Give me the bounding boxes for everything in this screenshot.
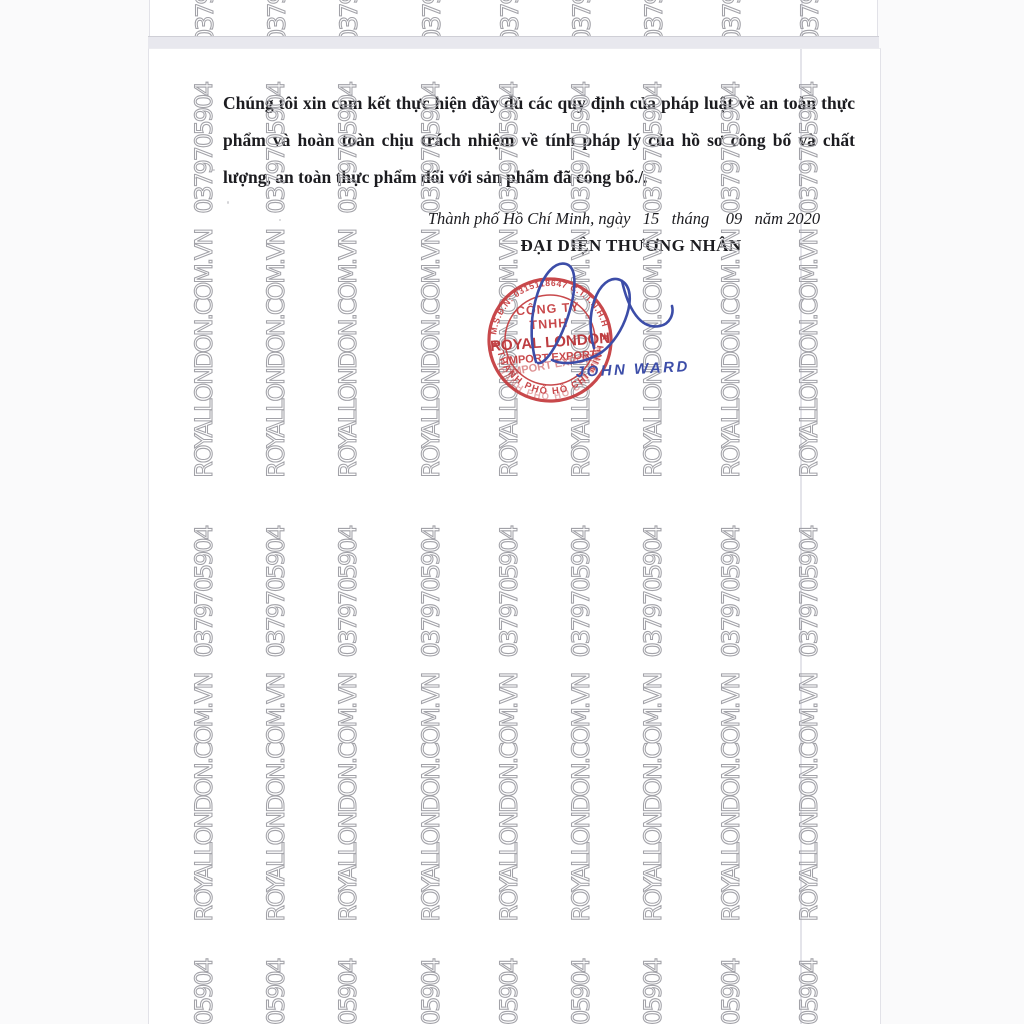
paragraph-line: phẩm và hoàn toàn chịu trách nhiệm về tí… xyxy=(223,122,855,159)
signature: JOHN WARD xyxy=(514,244,734,399)
watermark-strip-column: 0379705904 xyxy=(336,0,362,36)
signature-name: JOHN WARD xyxy=(575,358,690,381)
commitment-paragraph: Chúng tôi xin cam kết thực hiện đầy đủ c… xyxy=(223,85,855,196)
scan-speck xyxy=(194,177,196,179)
paragraph-line: lượng, an toàn thực phẩm đối với sản phẩ… xyxy=(223,159,855,196)
watermark-column: 05904 ROYALLONDON.COM.VN 0379705904 ROYA… xyxy=(191,48,217,1024)
date-line: Thành phố Hồ Chí Minh, ngày 15 tháng 09 … xyxy=(409,209,839,229)
scan-speck xyxy=(227,201,229,204)
paragraph-line: Chúng tôi xin cam kết thực hiện đầy đủ c… xyxy=(223,85,855,122)
document-page: 05904 ROYALLONDON.COM.VN 0379705904 ROYA… xyxy=(148,48,881,1024)
watermark-strip-column: 0379705904 xyxy=(419,0,445,36)
signature-strokes-icon: JOHN WARD xyxy=(514,244,734,399)
scanned-document: { "document": { "paragraph_lines": [ "Ch… xyxy=(0,0,1024,1024)
watermark-strip-column: 0379705904 xyxy=(192,0,218,36)
scan-artifact-line xyxy=(801,0,803,36)
watermark-strip-column: 0379705904 xyxy=(569,0,595,36)
watermark-strip-column: 0379705904 xyxy=(264,0,290,36)
watermark-strip-column: 0379705904 xyxy=(497,0,523,36)
scan-speck xyxy=(212,169,215,171)
scan-speck xyxy=(279,219,281,221)
watermark-strip-column: 0379705904 xyxy=(719,0,745,36)
previous-page-strip: 0379705904 0379705904 0379705904 0379705… xyxy=(149,0,878,36)
watermark-strip-column: 0379705904 xyxy=(641,0,667,36)
